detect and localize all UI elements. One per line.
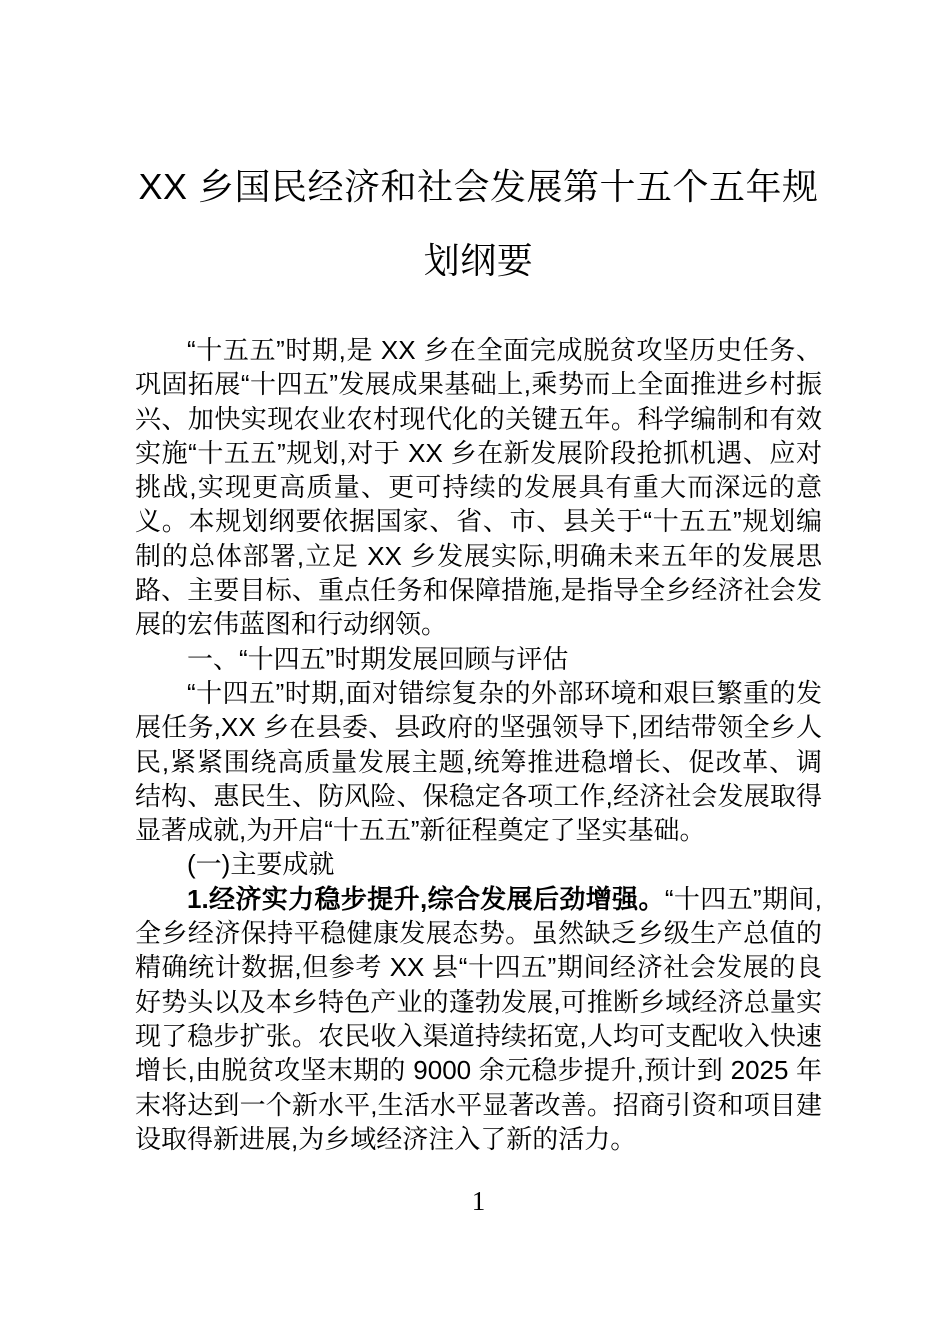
subsection-1-heading: (一)主要成就 bbox=[135, 847, 822, 881]
intro-paragraph: “十五五”时期,是 XX 乡在全面完成脱贫攻坚历史任务、巩固拓展“十四五”发展成… bbox=[135, 333, 822, 642]
achievement-body-text: “十四五”期间,全乡经济保持平稳健康发展态势。虽然缺乏乡级生产总值的精确统计数据… bbox=[135, 884, 822, 1154]
section-1-paragraph: “十四五”时期,面对错综复杂的外部环境和艰巨繁重的发展任务,XX 乡在县委、县政… bbox=[135, 676, 822, 847]
document-title: XX 乡国民经济和社会发展第十五个五年规划纲要 bbox=[135, 150, 822, 298]
page-number: 1 bbox=[135, 1186, 822, 1217]
section-1-heading: 一、“十四五”时期发展回顾与评估 bbox=[135, 642, 822, 676]
achievement-paragraph: 1.经济实力稳步提升,综合发展后劲增强。“十四五”期间,全乡经济保持平稳健康发展… bbox=[135, 882, 822, 1156]
achievement-lead-bold: 1.经济实力稳步提升,综合发展后劲增强。 bbox=[187, 884, 665, 914]
document-page: XX 乡国民经济和社会发展第十五个五年规划纲要 “十五五”时期,是 XX 乡在全… bbox=[0, 0, 950, 1344]
